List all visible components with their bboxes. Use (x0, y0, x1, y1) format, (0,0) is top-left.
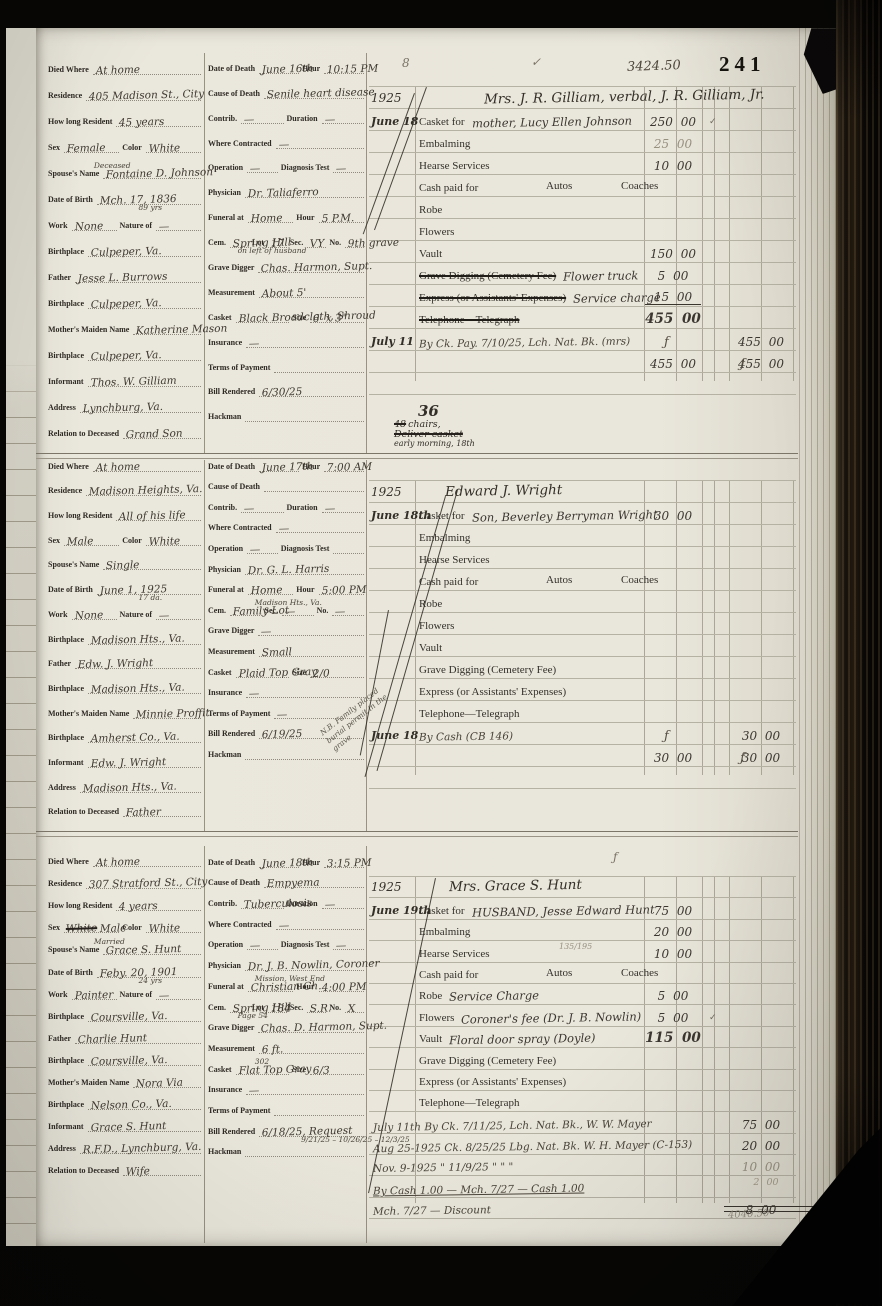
payment-amount: 455 00 (645, 357, 701, 371)
handwritten-entry: Son, Beverley Berryman Wright (471, 507, 657, 525)
field-label: Birthplace (48, 1056, 85, 1066)
field-label: Cause of Death (208, 482, 261, 492)
field-value: — (285, 605, 296, 617)
field-label: Mother's Maiden Name (48, 709, 130, 719)
field-line: — (332, 604, 364, 616)
field-line: Painter (72, 988, 117, 1000)
field-value: All of his life (119, 509, 186, 523)
field-label: Sex (48, 923, 61, 933)
field-label: Work (48, 610, 69, 620)
charge-amount: 10 00 (645, 159, 701, 173)
charge-item-label: Hearse Services (419, 160, 490, 174)
ledger-header-row: 1925Mrs. J. R. Gilliam, verbal, J. R. Gi… (369, 87, 796, 109)
field-label: Cause of Death (208, 89, 261, 99)
field-value: At home (95, 64, 140, 77)
charge-row-hearse: Hearse Services135/19510 00 (369, 941, 796, 962)
form-column-left: Died WhereAt homeResidence405 Madison St… (48, 49, 201, 439)
field-line: June 17th (259, 460, 299, 472)
form-field-row: Insurance— (208, 323, 364, 348)
field-line (245, 748, 364, 760)
field-label: Date of Birth (48, 968, 94, 978)
field-label: Cem. (208, 606, 227, 616)
chair-count: 36 (418, 403, 524, 420)
field-value: Small (262, 646, 292, 659)
charge-item-label: Autos (546, 180, 572, 194)
field-label: Address (48, 403, 77, 413)
charge-amount: 20 00 (645, 925, 701, 939)
form-field-row: Relation to DeceasedGrand Son (48, 413, 201, 439)
charge-row-express: Express (or Assistants' Expenses) (369, 1070, 796, 1091)
payment-row: 30 0030 00ƒ (369, 745, 796, 767)
field-label: Hour (296, 585, 315, 595)
field-label: Terms of Payment (208, 363, 271, 373)
field-value: — (159, 221, 170, 233)
field-value: — (249, 1085, 260, 1097)
field-line: Nelson Co., Va. (88, 1098, 201, 1110)
field-line (264, 480, 364, 492)
field-value: Wife (126, 1166, 150, 1179)
field-label: Birthplace (48, 684, 85, 694)
payment-amount: 8 00 (730, 1203, 792, 1217)
field-line: Senile heart disease (264, 87, 364, 99)
payment-desc: July 11th By Ck. 7/11/25, Lch. Nat. Bk.,… (373, 1118, 652, 1134)
form-field-row: Bill Rendered6/18/25, Request9/21/25 – 1… (208, 1116, 364, 1137)
charge-row-casket: June 19thCasket forHUSBAND, Jesse Edward… (369, 898, 796, 919)
field-value: Minnie Proffit (136, 707, 210, 721)
charge-row-flowers: Flowers (369, 613, 796, 635)
form-field-row: CasketBlack Broadcloth, ShroudSize6' x 3… (208, 298, 364, 323)
ledger-divider-rule (366, 53, 367, 453)
ledger-year: 1925 (371, 880, 402, 894)
field-line (333, 542, 364, 554)
charge-item-label: Embalming (419, 926, 470, 940)
field-line: 5:00 PM (319, 583, 365, 595)
field-label: Died Where (48, 462, 90, 472)
field-value: Grand Son (126, 428, 183, 441)
charge-item-label: Hearse Services (419, 948, 490, 962)
form-field-row: Hackman (208, 397, 364, 422)
field-line: None (72, 608, 117, 620)
charge-item-label: Telephone—Telegraph (419, 1097, 519, 1111)
charge-row-telephone: Telephone—Telegraph (369, 1091, 796, 1112)
form-field-row: SexMaleColorWhite (48, 521, 201, 546)
charge-item-label: Casket for (419, 116, 465, 130)
charge-row-robe: Robe (369, 591, 796, 613)
form-field-row: Terms of Payment (208, 348, 364, 373)
field-value: White (148, 923, 180, 936)
field-label: Terms of Payment (208, 709, 271, 719)
payment-row: July 11By Ck. Pay. 7/10/25, Lch. Nat. Bk… (369, 329, 796, 351)
field-label: Address (48, 1144, 77, 1154)
charge-amount: 5 00 (645, 269, 701, 283)
form-field-row: Funeral atHomeHour5:00 PM (208, 575, 364, 596)
payment-desc: By Cash 1.00 — Mch. 7/27 — Cash 1.00 (373, 1182, 584, 1197)
field-line: — (246, 1083, 364, 1095)
charge-item-label: Robe (419, 990, 442, 1004)
entry-date: June 19th (371, 904, 431, 917)
field-label: Casket (208, 1065, 233, 1075)
field-line: Coursville, Va. (88, 1054, 201, 1066)
form-field-row: SexWhiteMaleColorWhite (48, 911, 201, 933)
form-field-row: Mother's Maiden NameMinnie Proffit (48, 694, 201, 719)
field-value: June 17th (262, 460, 314, 473)
field-line: R.F.D., Lynchburg, Va. (80, 1142, 201, 1154)
charges-ledger: 1925Mrs. Grace S. HuntJune 19thCasket fo… (369, 876, 796, 1203)
paraph-mark: ƒ (664, 335, 669, 350)
field-line: Amherst Co., Va. (88, 731, 201, 743)
field-value: 5:00 PM (321, 584, 366, 597)
handwritten-entry: mother, Lucy Ellen Johnson (471, 114, 631, 132)
field-value: Edw. J. Wright (90, 756, 166, 770)
record-1: Died WhereAt homeResidence405 Madison St… (36, 53, 796, 453)
field-line: 6/3 (310, 1063, 364, 1075)
form-field-row: AddressMadison Hts., Va. (48, 768, 201, 793)
field-value: Madison Hts., Va. (91, 632, 185, 646)
field-label: Nature of (120, 610, 154, 620)
field-line: 405 Madison St., City (86, 89, 201, 101)
field-value: None (74, 220, 103, 233)
field-label: Cem. (208, 1003, 227, 1013)
charge-item-label: Coaches (621, 574, 658, 588)
field-line: Wife (123, 1164, 201, 1176)
field-line: 2/0 (310, 666, 364, 678)
field-value: Madison Hts., Va. (83, 780, 177, 794)
ledger-header-row: 1925Edward J. Wright (369, 481, 796, 503)
field-label: Birthplace (48, 733, 85, 743)
form-field-row: InformantThos. W. Gilliam (48, 361, 201, 387)
form-field-row: BirthplaceCoursville, Va. (48, 1044, 201, 1066)
form-field-row: Measurement6 ft. (208, 1033, 364, 1054)
charge-item-label: Coaches (621, 967, 658, 981)
form-field-row: SexFemaleColorWhite (48, 127, 201, 153)
field-value: — (277, 708, 288, 720)
form-field-row: InformantGrace S. Hunt (48, 1110, 201, 1132)
form-field-row: BirthplaceCulpeper, Va. (48, 335, 201, 361)
field-label: Cause of Death (208, 878, 261, 888)
field-value: Nelson Co., Va. (91, 1098, 172, 1112)
field-label: Birthplace (48, 299, 85, 309)
field-value: — (159, 610, 170, 622)
handwritten-entry: Floral door spray (Doyle) (449, 1031, 596, 1049)
field-note: Married (94, 937, 125, 946)
charge-item-label: Vault (419, 642, 442, 656)
field-line: — (156, 608, 201, 620)
field-line: 6/18/25, Request9/21/25 – 10/26/25 – 12/… (259, 1125, 364, 1137)
field-label: Informant (48, 1122, 85, 1132)
field-label: Physician (208, 961, 242, 971)
field-line: — (156, 219, 201, 231)
field-line: Madison Hts., Va. (88, 682, 201, 694)
field-value: — (324, 503, 335, 515)
field-line: Thos. W. Gilliam (88, 375, 201, 387)
field-line: — (247, 938, 278, 950)
field-label: Spouse's Name (48, 560, 100, 570)
field-label: Date of Birth (48, 195, 94, 205)
form-field-row: Cem.Spring HillPage 54Lot184Sec.S.R.No.X (208, 992, 364, 1013)
field-label: Birthplace (48, 247, 85, 257)
form-field-row: Insurance— (208, 1075, 364, 1096)
field-value: Male (67, 535, 94, 548)
paraph-mark: ƒ (613, 850, 617, 864)
field-line: Edw. J. Wright (75, 657, 201, 669)
charge-item-label: Cash paid for (419, 182, 478, 196)
field-value: — (278, 919, 289, 931)
field-value: About 5' (262, 287, 307, 300)
field-label: Residence (48, 486, 83, 496)
charge-item-label: Grave Digging (Cemetery Fee) (419, 270, 556, 284)
field-label: Residence (48, 879, 83, 889)
form-field-row: How long Resident45 years (48, 101, 201, 127)
paraph-mark: ƒ (740, 357, 745, 372)
field-line: — (246, 336, 364, 348)
field-line: Grand Son (123, 427, 201, 439)
payment-row: Mch. 7/27 — Discount8 00 (369, 1198, 796, 1219)
field-label: Hackman (208, 750, 242, 760)
field-line: Minnie Proffit (133, 707, 201, 719)
field-line: Edw. J. Wright (88, 756, 201, 768)
form-field-row: Terms of Payment (208, 1095, 364, 1116)
field-label: Bill Rendered (208, 729, 256, 739)
form-field-row: Date of BirthFeby. 20, 190124 yrs (48, 955, 201, 977)
field-line: — (258, 624, 364, 636)
blank-ledger-row (369, 373, 796, 395)
payment-row: By Cash 1.00 — Mch. 7/27 — Cash 1.00 (369, 1176, 796, 1197)
field-label: Date of Death (208, 64, 256, 74)
form-field-row: Spouse's NameSingle (48, 546, 201, 571)
field-line: Male (64, 534, 119, 546)
record-2: Died WhereAt homeResidenceMadison Height… (36, 460, 796, 831)
charge-row-hearse: Hearse Services10 00 (369, 153, 796, 175)
field-value: Lynchburg, Va. (83, 401, 164, 415)
field-label: Funeral at (208, 213, 245, 223)
field-line: 5 P.M. (319, 211, 365, 223)
charge-row-vault: Vault (369, 635, 796, 657)
form-field-row: Died WhereAt home (48, 845, 201, 867)
charge-item-label: Grave Digging (Cemetery Fee) (419, 664, 556, 678)
field-value: — (324, 113, 335, 125)
field-note: Madison Hts., Va. (255, 598, 322, 607)
field-line: June 16th (259, 62, 299, 74)
field-label: How long Resident (48, 901, 113, 911)
field-label: Relation to Deceased (48, 807, 120, 817)
form-field-row: Operation—Diagnosis Test— (208, 930, 364, 951)
field-value: Single (106, 560, 140, 573)
field-value: Dr. G. L. Harris (248, 562, 330, 576)
field-label: Where Contracted (208, 523, 273, 533)
field-value: 6/3 (313, 1064, 330, 1076)
form-field-row: FatherCharlie Hunt (48, 1022, 201, 1044)
field-label: Date of Birth (48, 585, 94, 595)
field-label: Color (122, 536, 143, 546)
field-value: — (249, 688, 260, 700)
check-mark: ✓ (531, 55, 541, 69)
field-subnote: 89 yrs (139, 203, 163, 212)
field-line: None (72, 219, 117, 231)
field-subnote: 24 yrs (139, 976, 163, 985)
field-label: Mother's Maiden Name (48, 1078, 130, 1088)
charge-row-robe: Robe (369, 197, 796, 219)
charge-item-label: Flowers (419, 226, 454, 240)
field-value: — (324, 899, 335, 911)
field-value: — (335, 605, 346, 617)
field-value: Home (250, 584, 282, 597)
field-line: Tuberculosis (241, 897, 283, 909)
field-line: Father (123, 805, 201, 817)
form-field-row: WorkPainterNature of— (48, 978, 201, 1000)
field-line: Charlie Hunt (75, 1032, 201, 1044)
field-value: 2/0 (313, 667, 330, 679)
field-line: June 1, 192517 da. (97, 583, 201, 595)
field-value: 6' x 3" (313, 312, 347, 325)
charge-row-grave: Grave Digging (Cemetery Fee)Flower truck… (369, 263, 796, 285)
field-line (245, 410, 364, 422)
form-field-row: PhysicianDr. Taliaferro (208, 173, 364, 198)
field-value: — (250, 940, 261, 952)
purchaser-name: Mrs. Grace S. Hunt (449, 877, 582, 895)
form-field-row: InformantEdw. J. Wright (48, 743, 201, 768)
charge-row-cash: Cash paid forAutosCoaches (369, 963, 796, 984)
field-value: — (336, 940, 347, 952)
charge-row-robe: RobeService Charge5 00 (369, 984, 796, 1005)
field-label: Color (122, 143, 143, 153)
payment-amount: 10 00 (730, 1160, 792, 1174)
field-line: Coursville, Va. (88, 1010, 201, 1022)
charge-item-label: Autos (546, 967, 572, 981)
field-value: Male (100, 923, 127, 936)
form-field-row: MeasurementAbout 5' (208, 273, 364, 298)
field-value: Edw. J. Wright (78, 657, 154, 671)
charge-row-embalming: Embalming20 00 (369, 920, 796, 941)
form-field-row: BirthplaceAmherst Co., Va. (48, 719, 201, 744)
field-line: Female (64, 141, 119, 153)
charge-item-label: Grave Digging (Cemetery Fee) (419, 1055, 556, 1069)
field-line: Nora Via (133, 1076, 201, 1088)
section-divider (36, 831, 798, 837)
field-value: 4 years (119, 900, 158, 913)
charge-row-flowers: Flowers (369, 219, 796, 241)
field-label: Casket (208, 668, 233, 678)
form-field-row: Cause of Death (208, 472, 364, 493)
field-line (274, 361, 364, 373)
total-amount: 115 00 (645, 1030, 701, 1046)
field-label: Contrib. (208, 899, 238, 909)
field-line: Dr. J. B. Nowlin, Coroner (245, 959, 364, 971)
field-line: All of his life (116, 509, 201, 521)
field-label: Date of Death (208, 462, 256, 472)
field-line: 3:15 PM (324, 856, 364, 868)
field-value: Flat Top Gray (238, 1063, 311, 1077)
total-amount: 455 00 (645, 311, 701, 327)
struck-value: White (66, 923, 98, 936)
field-line: — (276, 137, 364, 149)
field-line: Chas. Harmon, Supt. (258, 261, 364, 273)
field-value: 5 P.M. (321, 212, 354, 225)
ledger-year: 1925 (371, 91, 402, 105)
field-label: Contrib. (208, 503, 238, 513)
form-field-row: Funeral atChristian Ch.Hour4:00 PMMissio… (208, 971, 364, 992)
form-field-row: WorkNoneNature of— (48, 205, 201, 231)
field-label: Casket (208, 313, 233, 323)
field-label: Terms of Payment (208, 1106, 271, 1116)
field-line: White (146, 921, 201, 933)
field-label: Funeral at (208, 585, 245, 595)
form-field-row: Date of DeathJune 16thHour10:15 PM (208, 49, 364, 74)
struck-number: 48 (394, 419, 406, 430)
payment-amount: 2 00 (741, 1177, 791, 1188)
ledger-photo: 3424.50 241 4040.50 Died WhereAt homeRes… (0, 0, 882, 1306)
field-line: Feby. 20, 190124 yrs (97, 966, 201, 978)
charge-item-label: Autos (546, 574, 572, 588)
field-value: Painter (74, 989, 113, 1002)
field-value: 10:15 PM (327, 63, 379, 76)
ledger-divider-rule (366, 846, 367, 1243)
form-field-row: Died WhereAt home (48, 49, 201, 75)
field-line: 45 years (116, 115, 201, 127)
form-field-row: How long ResidentAll of his life (48, 496, 201, 521)
charge-row-embalming: Embalming25 00 (369, 131, 796, 153)
field-value: Coursville, Va. (91, 1054, 168, 1068)
field-value: Madison Hts., Va. (91, 681, 185, 695)
field-note: Mission, West End (255, 974, 325, 983)
field-line: WhiteMale (64, 921, 119, 933)
page-edge-streaks (794, 28, 836, 1246)
field-subnote: Page 54 (238, 1011, 268, 1020)
field-value: 45 years (119, 116, 165, 129)
field-value: 6/19/25 (262, 728, 303, 741)
field-label: Informant (48, 758, 85, 768)
field-line: Mch. 17, 183689 yrs (97, 193, 201, 205)
payment-desc: Mch. 7/27 — Discount (373, 1204, 491, 1218)
field-label: Died Where (48, 65, 90, 75)
field-line: Madison Hts., Va. (80, 781, 201, 793)
field-label: Hackman (208, 1147, 242, 1157)
field-line: White (146, 534, 201, 546)
field-line: — (276, 521, 364, 533)
field-line: 10:15 PM (324, 62, 364, 74)
field-value: 3:15 PM (327, 857, 372, 870)
field-line: VY (307, 236, 326, 248)
field-line: S.R. (307, 1001, 326, 1013)
charge-row-telephone: Telephone—Telegraph (369, 701, 796, 723)
field-label: Operation (208, 163, 244, 173)
form-field-row: Residence405 Madison St., City (48, 75, 201, 101)
form-field-row: Contrib.—Duration— (208, 99, 364, 124)
charge-row-telephone: Telephone—Telegraph455 00 (369, 307, 796, 329)
field-value: June 18th (262, 856, 314, 869)
form-field-row: How long Resident4 years (48, 889, 201, 911)
field-label: Nature of (120, 221, 154, 231)
payment-amount: 455 00 (730, 335, 792, 349)
field-line: Lynchburg, Va. (80, 401, 201, 413)
charge-amount: 30 00 (645, 509, 701, 523)
field-value: Jesse L. Burrows (78, 271, 168, 285)
field-value: Grace S. Hunt (90, 1120, 166, 1134)
charge-amount: 5 00 (645, 1011, 701, 1025)
field-line: — (333, 938, 364, 950)
column-divider-rule (204, 460, 205, 831)
form-field-row: FatherEdw. J. Wright (48, 645, 201, 670)
field-label: Diagnosis Test (281, 163, 331, 173)
field-value: 184 (271, 1002, 291, 1015)
form-field-row: ResidenceMadison Heights, Va. (48, 472, 201, 497)
charge-item-label: Telephone—Telegraph (419, 708, 519, 722)
field-value: White (148, 535, 180, 548)
field-value: — (249, 337, 260, 349)
form-field-row: Where Contracted— (208, 124, 364, 149)
field-line: 9th grave (345, 236, 364, 248)
field-value: Plaid Top Gray (238, 665, 317, 679)
field-value: 7:00 AM (327, 460, 373, 473)
